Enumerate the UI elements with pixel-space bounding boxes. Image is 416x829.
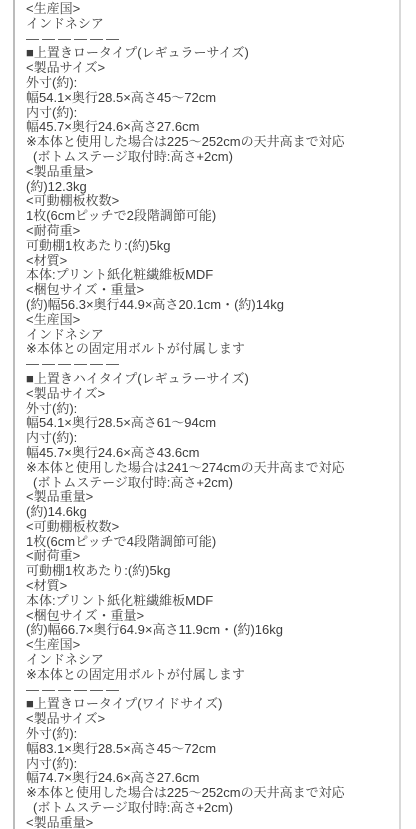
spec-value: 外寸(約): [26,76,393,91]
spec-value: 幅45.7×奥行24.6×高さ43.6cm [26,446,393,461]
spec-section-title: ■上置きロータイプ(レギュラーサイズ) [26,46,393,61]
spec-field-label: <生産国> [26,638,393,653]
spec-field-label: <製品重量> [26,816,393,829]
spec-note: (ボトムステージ取付時:高さ+2cm) [26,476,393,491]
product-spec-panel: <生産国> インドネシア ―――――― ■上置きロータイプ(レギュラーサイズ) … [13,0,401,829]
spec-field-label: <材質> [26,579,393,594]
spec-value: 本体:プリント紙化粧繊維板MDF [26,594,393,609]
spec-field-label: <耐荷重> [26,549,393,564]
spec-value: インドネシア [26,653,393,668]
spec-value: 本体:プリント紙化粧繊維板MDF [26,268,393,283]
spec-note: ※本体と使用した場合は225〜252cmの天井高まで対応 [26,786,393,801]
spec-separator: ―――――― [26,683,393,698]
spec-field-label: <製品重量> [26,490,393,505]
spec-field-label: <生産国> [26,313,393,328]
spec-note: ※本体と使用した場合は241〜274cmの天井高まで対応 [26,461,393,476]
spec-field-label: <梱包サイズ・重量> [26,609,393,624]
spec-note: ※本体との固定用ボルトが付属します [26,668,393,683]
spec-value: 1枚(6cmピッチで2段階調節可能) [26,209,393,224]
spec-value: 幅54.1×奥行28.5×高さ61〜94cm [26,416,393,431]
spec-separator: ―――――― [26,32,393,47]
spec-field-label: <製品サイズ> [26,387,393,402]
spec-field-label: <製品サイズ> [26,712,393,727]
spec-value: インドネシア [26,17,393,32]
spec-field-label: <耐荷重> [26,224,393,239]
spec-value: 幅45.7×奥行24.6×高さ27.6cm [26,120,393,135]
spec-value: 内寸(約): [26,431,393,446]
spec-separator: ―――――― [26,357,393,372]
spec-value: (約)14.6kg [26,505,393,520]
spec-note: ※本体との固定用ボルトが付属します [26,342,393,357]
spec-field-label: <可動棚板枚数> [26,194,393,209]
spec-value: 内寸(約): [26,106,393,121]
spec-value: (約)幅56.3×奥行44.9×高さ20.1cm・(約)14kg [26,298,393,313]
spec-section-title: ■上置きロータイプ(ワイドサイズ) [26,697,393,712]
spec-value: 幅83.1×奥行28.5×高さ45〜72cm [26,742,393,757]
spec-value: 外寸(約): [26,727,393,742]
spec-note: (ボトムステージ取付時:高さ+2cm) [26,801,393,816]
spec-field-label: <製品サイズ> [26,61,393,76]
spec-value: (約)幅66.7×奥行64.9×高さ11.9cm・(約)16kg [26,623,393,638]
spec-section-title: ■上置きハイタイプ(レギュラーサイズ) [26,372,393,387]
spec-field-label: <材質> [26,254,393,269]
spec-field-label: <製品重量> [26,165,393,180]
spec-value: 内寸(約): [26,757,393,772]
spec-field-label: <生産国> [26,2,393,17]
spec-value: 1枚(6cmピッチで4段階調節可能) [26,535,393,550]
spec-value: 可動棚1枚あたり:(約)5kg [26,239,393,254]
spec-value: 外寸(約): [26,402,393,417]
spec-text-block: <生産国> インドネシア ―――――― ■上置きロータイプ(レギュラーサイズ) … [15,0,399,829]
spec-field-label: <梱包サイズ・重量> [26,283,393,298]
spec-value: 可動棚1枚あたり:(約)5kg [26,564,393,579]
spec-note: (ボトムステージ取付時:高さ+2cm) [26,150,393,165]
spec-value: 幅54.1×奥行28.5×高さ45〜72cm [26,91,393,106]
spec-field-label: <可動棚板枚数> [26,520,393,535]
spec-value: 幅74.7×奥行24.6×高さ27.6cm [26,771,393,786]
spec-value: インドネシア [26,328,393,343]
spec-note: ※本体と使用した場合は225〜252cmの天井高まで対応 [26,135,393,150]
spec-value: (約)12.3kg [26,180,393,195]
